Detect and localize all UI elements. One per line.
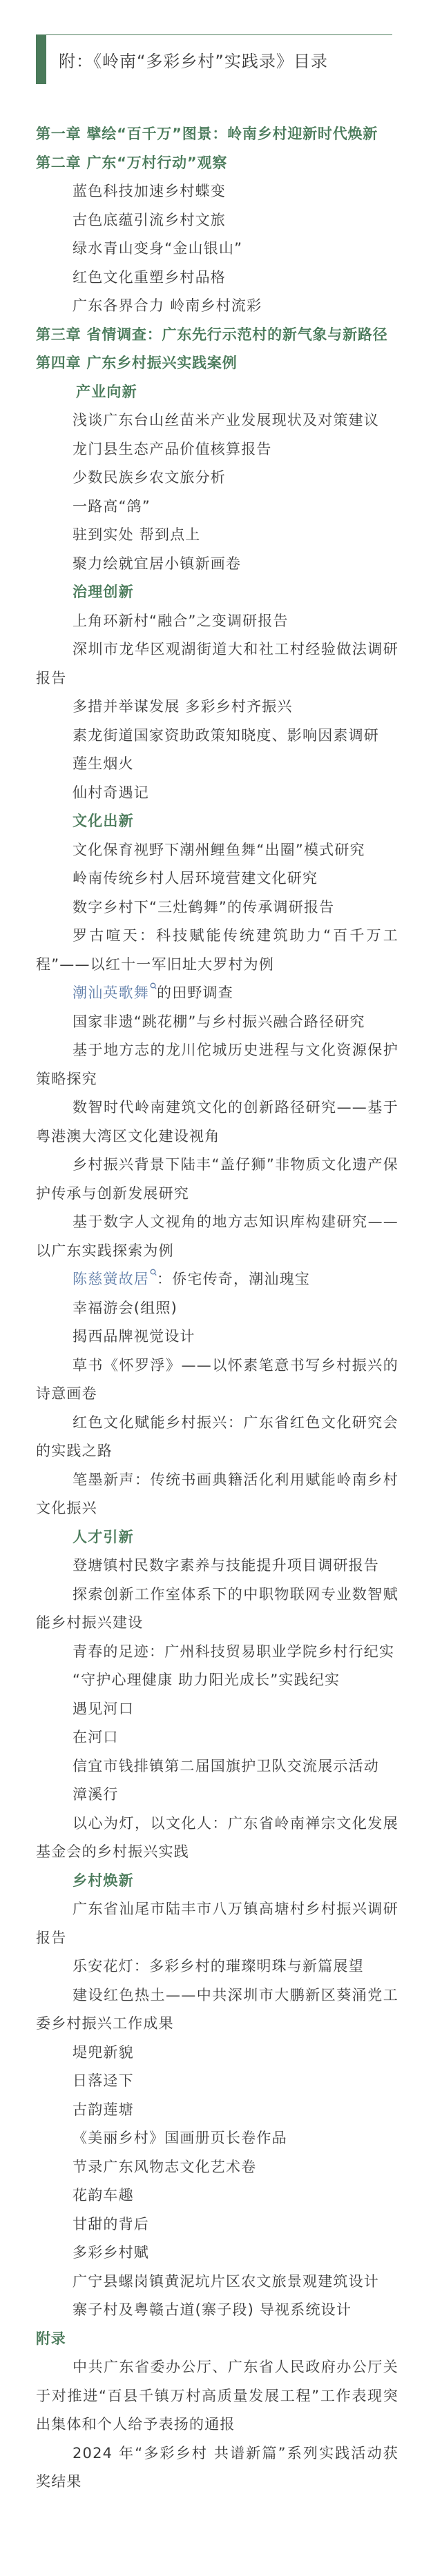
search-link-chaoshan-yingge[interactable]: 潮汕英歌舞 — [73, 984, 149, 1001]
list-item[interactable]: 仙村奇遇记 — [36, 779, 398, 808]
list-item[interactable]: 数字乡村下“三灶鹤舞”的传承调研报告 — [36, 893, 398, 922]
list-item[interactable]: 多彩乡村赋 — [36, 2239, 398, 2268]
list-item[interactable]: 基于地方志的龙川佗城历史进程与文化资源保护策略探究 — [36, 1036, 398, 1093]
appendix-items: 中共广东省委办公厅、广东省人民政府办公厅关于对推进“百县千镇万村高质量发展工程”… — [36, 2353, 398, 2497]
search-icon[interactable] — [150, 982, 157, 991]
chapter-2-items: 蓝色科技加速乡村蝶变古色底蕴引流乡村文旅绿水青山变身“金山银山”红色文化重塑乡村… — [36, 177, 398, 321]
section-culture-items-b: 国家非遗“跳花棚”与乡村振兴融合路径研究基于地方志的龙川佗城历史进程与文化资源保… — [36, 1008, 398, 1266]
list-item[interactable]: 红色文化赋能乡村振兴：广东省红色文化研究会的实践之路 — [36, 1409, 398, 1466]
list-item[interactable]: 绿水青山变身“金山银山” — [36, 235, 398, 264]
chapter-2[interactable]: 第二章 广东“万村行动”观察 — [36, 149, 398, 178]
section-talent[interactable]: 人才引新 — [36, 1523, 398, 1552]
accent-bar — [36, 34, 46, 84]
list-item[interactable]: 莲生烟火 — [36, 750, 398, 779]
list-item[interactable]: 潮汕英歌舞的田野调查 — [36, 979, 398, 1008]
list-item[interactable]: 2024 年“多彩乡村 共谱新篇”系列实践活动获奖结果 — [36, 2439, 398, 2497]
toc-header: 附：《岭南“多彩乡村”实践录》目录 — [36, 34, 392, 84]
list-item[interactable]: 乐安花灯：多彩乡村的璀璨明珠与新篇展望 — [36, 1952, 398, 1981]
list-item[interactable]: 揭西品牌视觉设计 — [36, 1322, 398, 1351]
section-culture-items-c: 幸福游会(组照)揭西品牌视觉设计草书《怀罗浮》——以怀素笔意书写乡村振兴的诗意画… — [36, 1294, 398, 1523]
list-item[interactable]: 幸福游会(组照) — [36, 1294, 398, 1323]
list-item[interactable]: 蓝色科技加速乡村蝶变 — [36, 177, 398, 206]
list-item[interactable]: “守护心理健康 助力阳光成长”实践纪实 — [36, 1666, 398, 1695]
section-industry[interactable]: 产业向新 — [36, 378, 398, 407]
list-item[interactable]: 乡村振兴背景下陆丰“盖仔狮”非物质文化遗产保护传承与创新发展研究 — [36, 1151, 398, 1208]
section-renewal[interactable]: 乡村焕新 — [36, 1867, 398, 1896]
list-item[interactable]: 青春的足迹：广州科技贸易职业学院乡村行纪实 — [36, 1638, 398, 1667]
list-item[interactable]: 广宁县螺岗镇黄泥坑片区农文旅景观建筑设计 — [36, 2268, 398, 2297]
list-item[interactable]: 少数民族乡农文旅分析 — [36, 464, 398, 493]
section-culture[interactable]: 文化出新 — [36, 807, 398, 836]
search-link-chen-cihong[interactable]: 陈慈黉故居 — [73, 1271, 149, 1287]
list-item[interactable]: 节录广东风物志文化艺术卷 — [36, 2153, 398, 2182]
list-item[interactable]: 堤兜新貌 — [36, 2039, 398, 2068]
list-item[interactable]: 陈慈黉故居：侨宅传奇，潮汕瑰宝 — [36, 1265, 398, 1294]
section-governance-items: 上角环新村“融合”之变调研报告深圳市龙华区观湖街道大和社工村经验做法调研报告多措… — [36, 607, 398, 808]
list-item[interactable]: 探索创新工作室体系下的中职物联网专业数智赋能乡村振兴建设 — [36, 1581, 398, 1638]
list-item[interactable]: 浅谈广东台山丝苗米产业发展现状及对策建议 — [36, 406, 398, 435]
list-item[interactable]: 龙门县生态产品价值核算报告 — [36, 435, 398, 464]
list-item-text: ：侨宅传奇，潮汕瑰宝 — [157, 1271, 310, 1287]
list-item[interactable]: 信宜市钱排镇第二届国旗护卫队交流展示活动 — [36, 1752, 398, 1781]
list-item[interactable]: 文化保育视野下潮州鲤鱼舞“出圈”模式研究 — [36, 836, 398, 865]
section-industry-items: 浅谈广东台山丝苗米产业发展现状及对策建议龙门县生态产品价值核算报告少数民族乡农文… — [36, 406, 398, 578]
list-item[interactable]: 遇见河口 — [36, 1695, 398, 1724]
list-item[interactable]: 国家非遗“跳花棚”与乡村振兴融合路径研究 — [36, 1008, 398, 1037]
section-governance[interactable]: 治理创新 — [36, 578, 398, 607]
chapter-4[interactable]: 第四章 广东乡村振兴实践案例 — [36, 349, 398, 378]
chapter-3[interactable]: 第三章 省情调查：广东先行示范村的新气象与新路径 — [36, 321, 398, 350]
list-item[interactable]: 日落迳下 — [36, 2067, 398, 2096]
section-culture-items-a: 文化保育视野下潮州鲤鱼舞“出圈”模式研究岭南传统乡村人居环境营建文化研究数字乡村… — [36, 836, 398, 980]
list-item[interactable]: 草书《怀罗浮》——以怀素笔意书写乡村振兴的诗意画卷 — [36, 1351, 398, 1409]
list-item[interactable]: 数智时代岭南建筑文化的创新路径研究——基于粤港澳大湾区文化建设视角 — [36, 1093, 398, 1151]
search-icon[interactable] — [150, 1269, 157, 1277]
chapter-1[interactable]: 第一章 擘绘“百千万”图景：岭南乡村迎新时代焕新 — [36, 120, 398, 149]
list-item[interactable]: 在河口 — [36, 1723, 398, 1752]
list-item[interactable]: 驻到实处 帮到点上 — [36, 521, 398, 550]
list-item[interactable]: 聚力绘就宜居小镇新画卷 — [36, 550, 398, 579]
list-item[interactable]: 上角环新村“融合”之变调研报告 — [36, 607, 398, 636]
section-renewal-items: 广东省汕尾市陆丰市八万镇高塘村乡村振兴调研报告乐安花灯：多彩乡村的璀璨明珠与新篇… — [36, 1895, 398, 2325]
list-item[interactable]: 寨子村及粤赣古道(寨子段) 导视系统设计 — [36, 2296, 398, 2325]
list-item[interactable]: 广东省汕尾市陆丰市八万镇高塘村乡村振兴调研报告 — [36, 1895, 398, 1952]
list-item[interactable]: 多措并举谋发展 多彩乡村齐振兴 — [36, 693, 398, 722]
list-item[interactable]: 甘甜的背后 — [36, 2210, 398, 2239]
list-item[interactable]: 漳溪行 — [36, 1781, 398, 1810]
list-item[interactable]: 红色文化重塑乡村品格 — [36, 264, 398, 293]
list-item-text: 的田野调查 — [157, 984, 233, 1001]
list-item[interactable]: 花韵车趣 — [36, 2181, 398, 2210]
list-item[interactable]: 以心为灯，以文化人：广东省岭南禅宗文化发展基金会的乡村振兴实践 — [36, 1810, 398, 1867]
list-item[interactable]: 中共广东省委办公厅、广东省人民政府办公厅关于对推进“百县千镇万村高质量发展工程”… — [36, 2353, 398, 2439]
list-item[interactable]: 古韵莲塘 — [36, 2096, 398, 2125]
list-item[interactable]: 《美丽乡村》国画册页长卷作品 — [36, 2124, 398, 2153]
table-of-contents: 第一章 擘绘“百千万”图景：岭南乡村迎新时代焕新 第二章 广东“万村行动”观察 … — [36, 120, 398, 2497]
list-item[interactable]: 基于数字人文视角的地方志知识库构建研究——以广东实践探索为例 — [36, 1208, 398, 1265]
list-item[interactable]: 深圳市龙华区观湖街道大和社工村经验做法调研报告 — [36, 635, 398, 693]
list-item[interactable]: 罗古喧天：科技赋能传统建筑助力“百千万工程”——以红十一军旧址大罗村为例 — [36, 922, 398, 979]
list-item[interactable]: 广东各界合力 岭南乡村流彩 — [36, 292, 398, 321]
list-item[interactable]: 岭南传统乡村人居环境营建文化研究 — [36, 864, 398, 893]
page-title: 附：《岭南“多彩乡村”实践录》目录 — [59, 48, 328, 72]
list-item[interactable]: 古色底蕴引流乡村文旅 — [36, 206, 398, 235]
section-talent-items: 登塘镇村民数字素养与技能提升项目调研报告探索创新工作室体系下的中职物联网专业数智… — [36, 1552, 398, 1867]
list-item[interactable]: 一路高“鸽” — [36, 493, 398, 522]
list-item[interactable]: 建设红色热土——中共深圳市大鹏新区葵涌党工委乡村振兴工作成果 — [36, 1981, 398, 2039]
list-item[interactable]: 笔墨新声：传统书画典籍活化利用赋能岭南乡村文化振兴 — [36, 1466, 398, 1523]
appendix-heading[interactable]: 附录 — [36, 2325, 398, 2354]
list-item[interactable]: 登塘镇村民数字素养与技能提升项目调研报告 — [36, 1552, 398, 1581]
list-item[interactable]: 素龙街道国家资助政策知晓度、影响因素调研 — [36, 722, 398, 751]
